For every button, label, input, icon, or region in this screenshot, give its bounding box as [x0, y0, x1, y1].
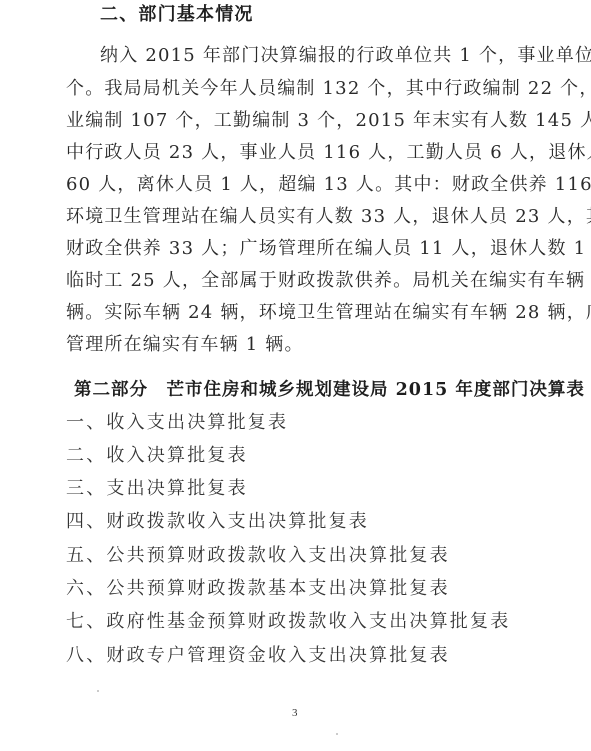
- scan-speck: [97, 690, 99, 692]
- list-item: 四、财政拨款收入支出决算批复表: [66, 510, 369, 534]
- paragraph-line: 个。我局局机关今年人员编制 132 个，其中行政编制 22 个，事: [66, 77, 591, 101]
- list-item: 二、收入决算批复表: [66, 444, 248, 468]
- section-heading: 二、部门基本情况: [100, 3, 254, 27]
- scan-speck: [336, 733, 338, 735]
- paragraph-line: 临时工 25 人，全部属于财政拨款供养。局机关在编实有车辆 7: [66, 269, 591, 293]
- page-number: 3: [292, 707, 298, 719]
- paragraph-line: 纳入 2015 年部门决算编报的行政单位共 1 个，事业单位 2: [100, 44, 591, 68]
- paragraph-line: 业编制 107 个，工勤编制 3 个，2015 年末实有人数 145 人，其: [66, 109, 591, 133]
- paragraph-line: 管理所在编实有车辆 1 辆。: [66, 333, 304, 357]
- paragraph-line: 60 人，离休人员 1 人，超编 13 人。其中：财政全供养 116 人；: [66, 173, 591, 197]
- paragraph-line: 环境卫生管理站在编人员实有人数 33 人，退休人员 23 人，其中：: [66, 205, 591, 229]
- list-item: 六、公共预算财政拨款基本支出决算批复表: [66, 577, 450, 601]
- document-page: 二、部门基本情况 纳入 2015 年部门决算编报的行政单位共 1 个，事业单位 …: [0, 0, 591, 751]
- list-item: 八、财政专户管理资金收入支出决算批复表: [66, 644, 450, 668]
- list-item: 七、政府性基金预算财政拨款收入支出决算批复表: [66, 610, 510, 634]
- paragraph-line: 财政全供养 33 人；广场管理所在编人员 11 人，退休人数 1 人，: [66, 237, 591, 261]
- list-item: 五、公共预算财政拨款收入支出决算批复表: [66, 544, 450, 568]
- part-title: 第二部分 芒市住房和城乡规划建设局 2015 年度部门决算表: [74, 378, 585, 402]
- list-item: 三、支出决算批复表: [66, 477, 248, 501]
- paragraph-line: 中行政人员 23 人，事业人员 116 人，工勤人员 6 人，退休人员: [66, 141, 591, 165]
- list-item: 一、收入支出决算批复表: [66, 411, 288, 435]
- paragraph-line: 辆。实际车辆 24 辆，环境卫生管理站在编实有车辆 28 辆，广场: [66, 301, 591, 325]
